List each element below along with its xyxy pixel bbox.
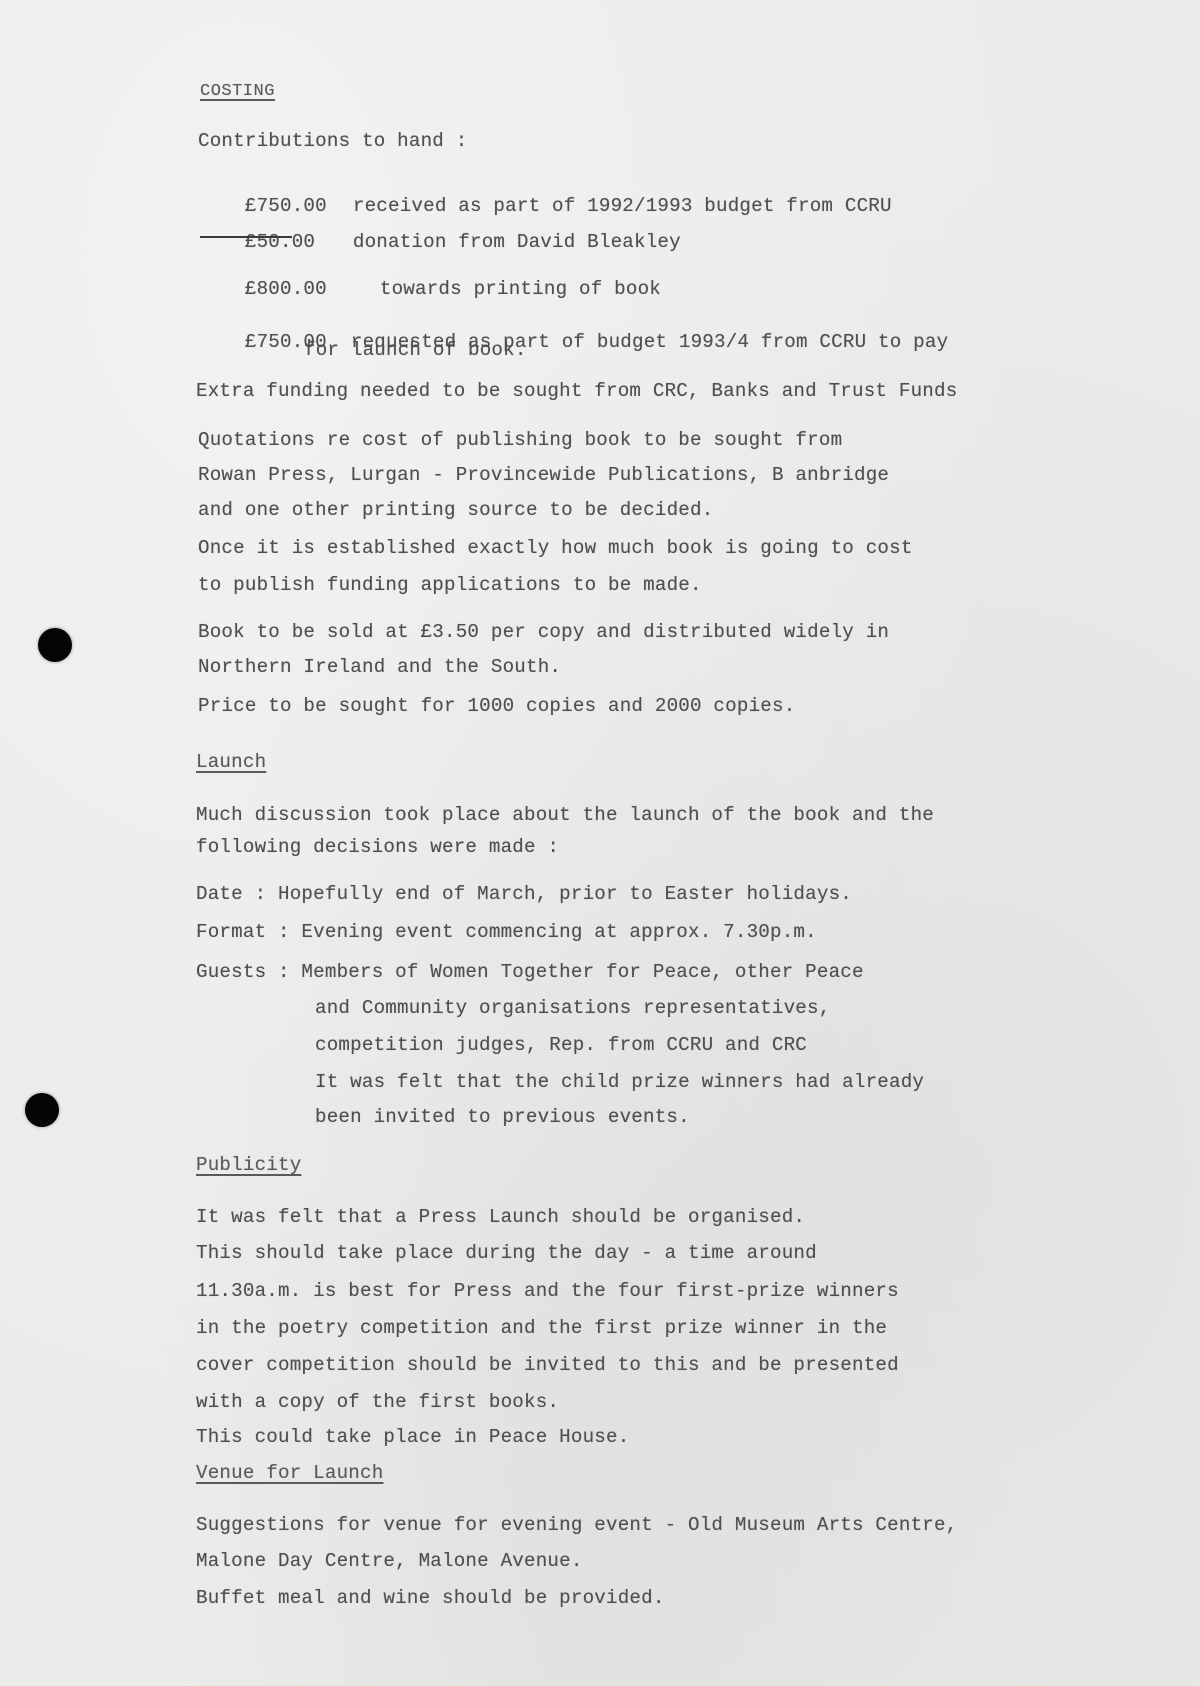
requested-continuation: for launch of book. xyxy=(304,338,527,362)
section-heading-publicity: Publicity xyxy=(196,1153,301,1177)
publicity-line: with a copy of the first books. xyxy=(196,1390,559,1414)
launch-guests-continuation: been invited to previous events. xyxy=(315,1105,690,1129)
publicity-line: This should take place during the day - … xyxy=(196,1241,817,1265)
sales-line: Northern Ireland and the South. xyxy=(198,655,561,679)
sales-line: Book to be sold at £3.50 per copy and di… xyxy=(198,620,889,644)
launch-intro-line: Much discussion took place about the lau… xyxy=(196,803,934,827)
contribution-amount: £50.00 xyxy=(245,230,353,254)
total-amount: £800.00 xyxy=(245,277,380,301)
venue-line: Malone Day Centre, Malone Avenue. xyxy=(196,1549,583,1573)
launch-guests-continuation: It was felt that the child prize winners… xyxy=(315,1070,924,1094)
publicity-line: in the poetry competition and the first … xyxy=(196,1316,887,1340)
quotations-line: Quotations re cost of publishing book to… xyxy=(198,428,842,452)
launch-guests: Guests : Members of Women Together for P… xyxy=(196,960,864,984)
launch-format: Format : Evening event commencing at app… xyxy=(196,920,817,944)
publicity-line: This could take place in Peace House. xyxy=(196,1425,629,1449)
section-heading-costing: COSTING xyxy=(200,80,275,104)
venue-line: Buffet meal and wine should be provided. xyxy=(196,1586,665,1610)
hole-punch-mark xyxy=(38,628,72,662)
total-text: towards printing of book xyxy=(380,278,661,300)
document-page: COSTING Contributions to hand : £750.00r… xyxy=(0,0,1200,1686)
launch-intro-line: following decisions were made : xyxy=(196,835,559,859)
sales-line: Price to be sought for 1000 copies and 2… xyxy=(198,694,795,718)
venue-line: Suggestions for venue for evening event … xyxy=(196,1513,957,1537)
publicity-line: 11.30a.m. is best for Press and the four… xyxy=(196,1279,899,1303)
quotations-line: and one other printing source to be deci… xyxy=(198,498,713,522)
section-heading-venue: Venue for Launch xyxy=(196,1461,383,1485)
launch-date: Date : Hopefully end of March, prior to … xyxy=(196,882,852,906)
contributions-intro: Contributions to hand : xyxy=(198,129,467,153)
quotations-line: Once it is established exactly how much … xyxy=(198,536,913,560)
contribution-text: donation from David Bleakley xyxy=(353,231,681,253)
quotations-line: Rowan Press, Lurgan - Provincewide Publi… xyxy=(198,463,889,487)
sum-rule xyxy=(200,236,292,238)
quotations-line: to publish funding applications to be ma… xyxy=(198,573,702,597)
extra-funding: Extra funding needed to be sought from C… xyxy=(196,379,957,403)
launch-guests-continuation: competition judges, Rep. from CCRU and C… xyxy=(315,1033,807,1057)
publicity-line: cover competition should be invited to t… xyxy=(196,1353,899,1377)
publicity-line: It was felt that a Press Launch should b… xyxy=(196,1205,805,1229)
hole-punch-mark xyxy=(25,1093,59,1127)
section-heading-launch: Launch xyxy=(196,750,266,774)
launch-guests-continuation: and Community organisations representati… xyxy=(315,996,830,1020)
